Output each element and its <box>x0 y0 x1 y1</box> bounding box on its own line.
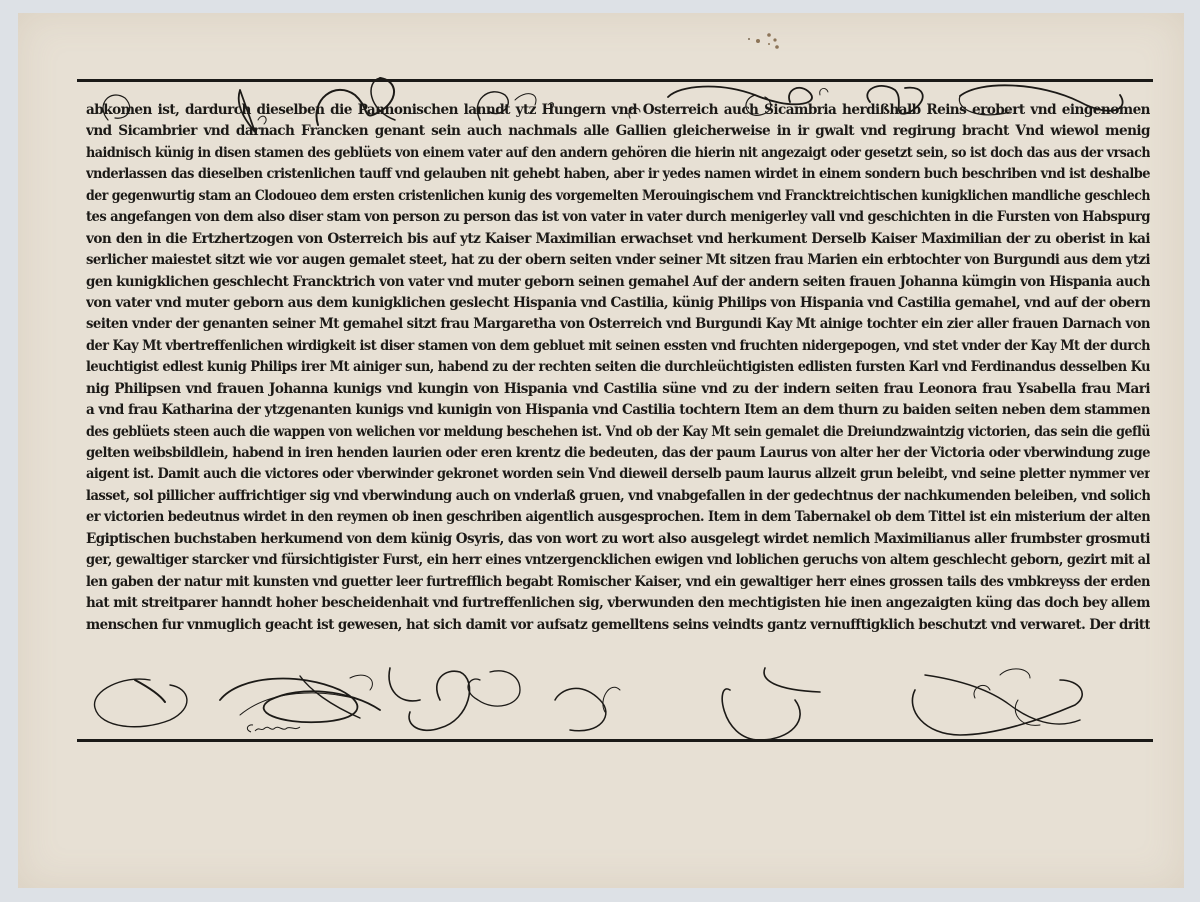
text-line: menschen fur vnmuglich geacht ist gewese… <box>86 615 1150 636</box>
text-line: abkomen ist, dardurch dieselben die Pann… <box>86 100 1150 121</box>
text-line: serlicher maiestet sitzt wie vor augen g… <box>86 250 1150 271</box>
text-line: er victorien bedeutnus wirdet in den rey… <box>86 507 1150 528</box>
text-line: vnderlassen das dieselben cristenlichen … <box>86 164 1150 185</box>
text-line: von vater vnd muter geborn aus dem kunig… <box>86 293 1150 314</box>
document-text: abkomen ist, dardurch dieselben die Pann… <box>86 100 1150 636</box>
text-line: ger, gewaltiger starcker vnd fürsichtigi… <box>86 550 1150 571</box>
text-line: gen kunigklichen geschlecht Francktrich … <box>86 272 1150 293</box>
signature-monogram-icon <box>245 722 305 736</box>
text-line: a vnd frau Katharina der ytzgenanten kun… <box>86 400 1150 421</box>
text-line: seiten vnder der genanten seiner Mt gema… <box>86 314 1150 335</box>
text-line: Egiptischen buchstaben herkumend von dem… <box>86 529 1150 550</box>
text-line: der Kay Mt vbertreffenlichen wirdigkeit … <box>86 336 1150 357</box>
text-line: tes angefangen von dem also diser stam v… <box>86 207 1150 228</box>
text-line: vnd Sicambrier vnd darnach Francken gena… <box>86 121 1150 142</box>
text-line: lasset, sol pillicher auffrichtiger sig … <box>86 486 1150 507</box>
text-line: des geblüets steen auch die wappen von w… <box>86 422 1150 443</box>
collector-stamp-icon <box>745 27 785 49</box>
bottom-border-rule <box>77 739 1153 742</box>
top-border-rule <box>77 79 1153 82</box>
text-line: gelten weibsbildlein, habend in iren hen… <box>86 443 1150 464</box>
text-line: leuchtigist edlest kunig Philips irer Mt… <box>86 357 1150 378</box>
text-line: von den in die Ertzhertzogen von Osterre… <box>86 229 1150 250</box>
text-line: haidnisch künig in disen stamen des gebl… <box>86 143 1150 164</box>
text-line: aigent ist. Damit auch die victores oder… <box>86 464 1150 485</box>
text-line: hat mit streitparer hanndt hoher beschei… <box>86 593 1150 614</box>
text-line: len gaben der natur mit kunsten vnd guet… <box>86 572 1150 593</box>
text-line: nig Philipsen vnd frauen Johanna kunigs … <box>86 379 1150 400</box>
text-line: der gegenwurtig stam an Clodoueo dem ers… <box>86 186 1150 207</box>
